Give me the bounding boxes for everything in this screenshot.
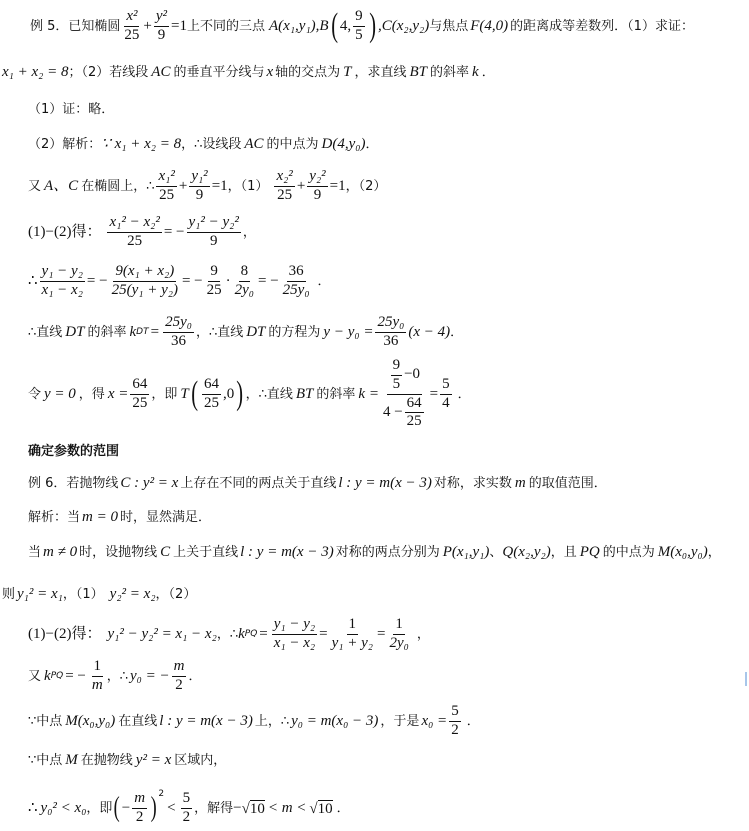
solution5-part1: （1）证：略． <box>28 100 114 118</box>
solution5-line-dt: ∴直线 DT 的斜率 kDT = 25y₀36 ，∴直线 DT 的方程为 y −… <box>28 312 463 352</box>
solution6-line6: ∵中点 M(x₀,y₀) 在直线 l : y = m(x − 3) 上，∴ y₀… <box>28 702 480 740</box>
solution5-slope-ac: ∴ y₁ − y₂x₁ − x₂ = − 9(x₁ + x₂)25(y₁ + y… <box>28 260 331 302</box>
solution5-ellipse-equations: 又 A、C 在椭圆上，∴ x₁²25 + y₁²9 =1 ，（1） x₂²25 … <box>28 166 386 206</box>
text-cursor <box>745 672 747 686</box>
point-b-y: 9 5 <box>353 9 365 44</box>
solution6-line2: 当 m ≠ 0 时，设抛物线 C 上关于直线 l : y = m(x − 3) … <box>28 541 721 563</box>
solution5-subtract-step: (1)−(2)得： x₁² − x₂²25 = − y₁² − y₂²9 ， <box>28 212 256 252</box>
solution6-line7: ∵中点 M 在抛物线 y² = x 区域内， <box>28 750 226 770</box>
solution5-slope-bt: 令 y = 0 ，得 x = 6425 ，即 T ( 6425 ,0 ) ，∴直… <box>28 358 471 430</box>
point-c: ,C(x₂,y₂) <box>378 19 429 34</box>
solution6-line3: 则 y₁² = x₁ ，（1） y₂² = x₂ ，（2） <box>2 584 196 604</box>
point-a: A(x₁,y₁) <box>269 19 316 34</box>
solution6-line4: (1)−(2)得： y₁² − y₂² = x₁ − x₂ ，∴ kPQ = y… <box>28 613 430 655</box>
sqrt-10: √10 <box>309 800 332 817</box>
example6-statement: 例 6．若抛物线 C : y² = x 上存在不同的两点关于直线 l : y =… <box>28 474 607 492</box>
compound-fraction: 95 −0 4 − 6425 <box>381 358 428 430</box>
example5-prefix: 例 5．已知椭圆 <box>30 20 120 33</box>
focus-f: F(4,0) <box>470 19 508 34</box>
solution6-line1: 解析：当 m = 0 时，显然满足． <box>28 508 211 526</box>
section-heading: 确定参数的范围 <box>28 442 119 460</box>
solution5-part2: （2）解析： ∵ x₁ + x₂ = 8 ，∴设线段 AC 的中点为 D(4,y… <box>28 135 379 153</box>
example5-statement-line1: 例 5．已知椭圆 x² 25 + y² 9 =1 上不同的三点 A(x₁,y₁)… <box>30 6 694 46</box>
solution6-line8: ∴ y₀² < x₀ ，即 ( − m2 ) 2 < 52 ，解得 − √10 … <box>28 788 350 828</box>
ellipse-y-term: y² 9 <box>154 9 169 44</box>
ellipse-x-term: x² 25 <box>122 9 141 44</box>
sqrt-10: √10 <box>242 800 265 817</box>
example5-statement-line2: x₁ + x₂ = 8 ；（2）若线段 AC 的垂直平分线与 x 轴的交点为 T… <box>2 62 495 82</box>
solution6-line5: 又 kPQ = − 1m ，∴ y₀ = − m2 ． <box>28 656 201 696</box>
